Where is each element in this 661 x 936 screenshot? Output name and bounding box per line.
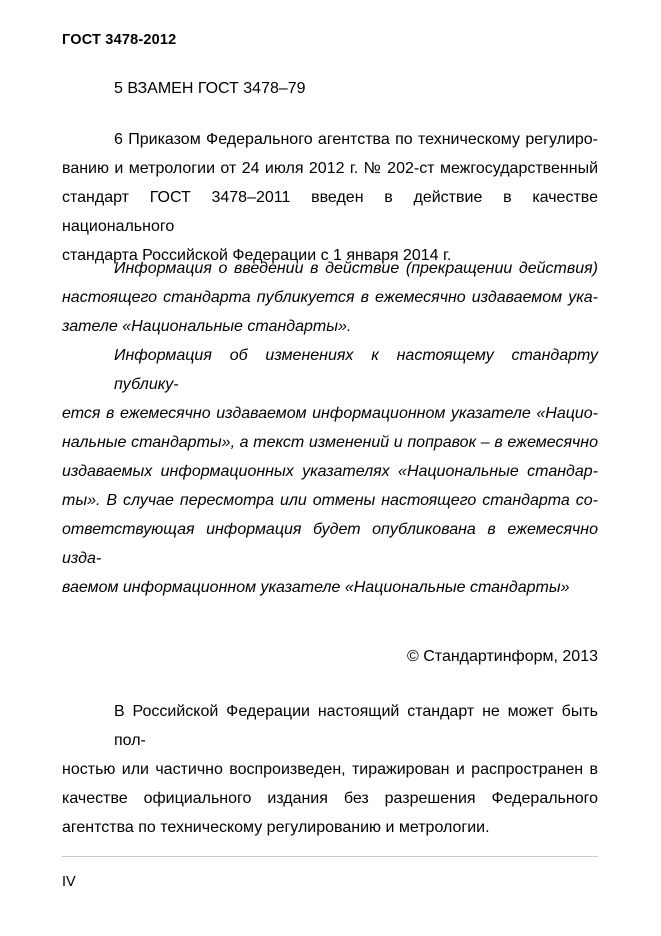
paragraph-line: агентства по техническому регулированию … bbox=[62, 813, 598, 842]
copyright-notice: © Стандартинформ, 2013 bbox=[62, 642, 598, 671]
paragraph-line: 6 Приказом Федерального агентства по тех… bbox=[62, 125, 598, 154]
paragraph-line: ностью или частично воспроизведен, тираж… bbox=[62, 755, 598, 784]
page-number: IV bbox=[62, 874, 76, 890]
document-page: ГОСТ 3478-2012 5 ВЗАМЕН ГОСТ 3478–79 6 П… bbox=[0, 0, 661, 936]
paragraph-line: зателе «Национальные стандарты». bbox=[62, 312, 598, 341]
paragraph-line: ответствующая информация будет опубликов… bbox=[62, 515, 598, 573]
reproduction-restriction: В Российской Федерации настоящий стандар… bbox=[62, 697, 598, 842]
paragraph-line: настоящего стандарта публикуется в ежеме… bbox=[62, 283, 598, 312]
paragraph-line: стандарт ГОСТ 3478–2011 введен в действи… bbox=[62, 183, 598, 241]
footer-rule bbox=[62, 856, 598, 857]
paragraph-line: В Российской Федерации настоящий стандар… bbox=[62, 697, 598, 755]
paragraph-line: Информация о введении в действие (прекра… bbox=[62, 254, 598, 283]
clause-5-text: 5 ВЗАМЕН ГОСТ 3478–79 bbox=[62, 74, 598, 103]
paragraph-line: ванию и метрологии от 24 июля 2012 г. № … bbox=[62, 154, 598, 183]
paragraph-line: ты». В случае пересмотра или отмены наст… bbox=[62, 486, 598, 515]
paragraph-line: издаваемых информационных указателях «На… bbox=[62, 457, 598, 486]
paragraph-line: качестве официального издания без разреш… bbox=[62, 784, 598, 813]
note-introduction: Информация о введении в действие (прекра… bbox=[62, 254, 598, 341]
paragraph-line: нальные стандарты», а текст изменений и … bbox=[62, 428, 598, 457]
paragraph-line: ваемом информационном указателе «Национа… bbox=[62, 573, 598, 602]
document-code: ГОСТ 3478-2012 bbox=[62, 31, 598, 49]
clause-6-enactment: 6 Приказом Федерального агентства по тех… bbox=[62, 125, 598, 270]
paragraph-line: Информация об изменениях к настоящему ст… bbox=[62, 341, 598, 399]
paragraph-line: ется в ежемесячно издаваемом информацион… bbox=[62, 399, 598, 428]
note-changes: Информация об изменениях к настоящему ст… bbox=[62, 341, 598, 602]
clause-5-superseded: 5 ВЗАМЕН ГОСТ 3478–79 bbox=[62, 74, 598, 103]
